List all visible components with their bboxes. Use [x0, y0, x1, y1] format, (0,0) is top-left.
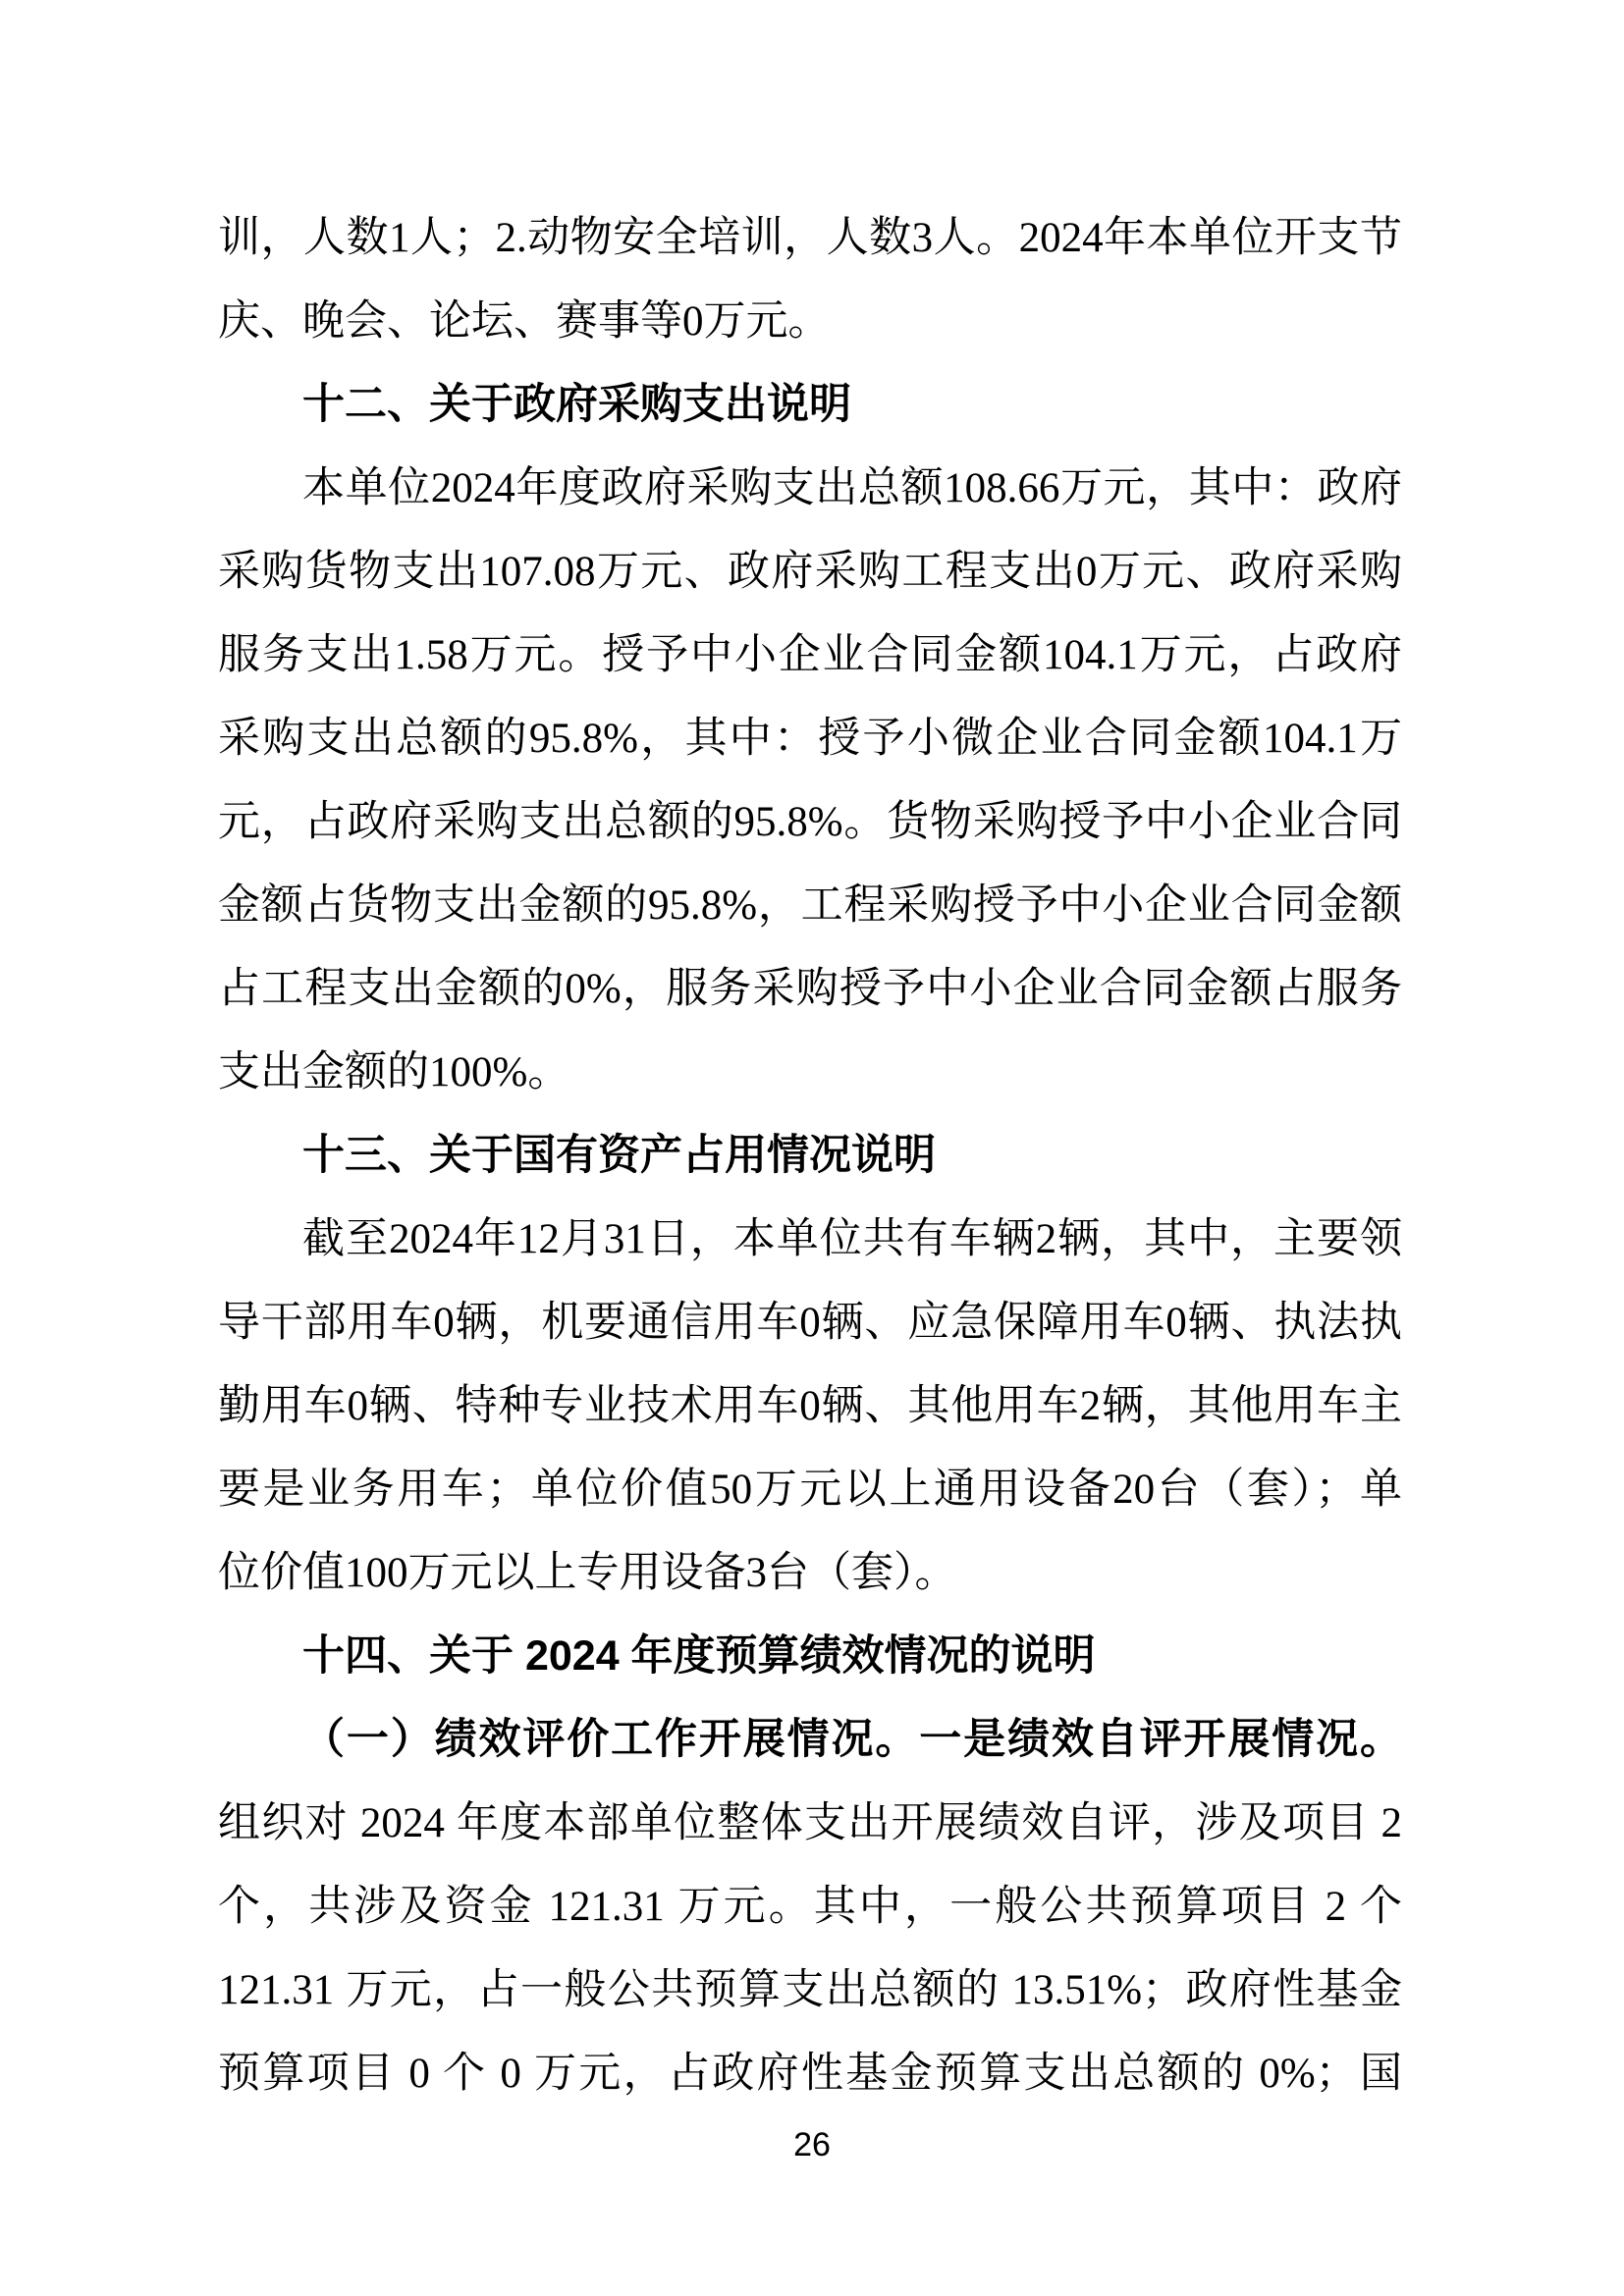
section-heading: 十二、关于政府采购支出说明 — [218, 363, 1402, 447]
body-line: 训，人数1人；2.动物安全培训，人数3人。2024年本单位开支节 — [218, 196, 1402, 280]
text-block: 训，人数1人；2.动物安全培训，人数3人。2024年本单位开支节庆、晚会、论坛、… — [218, 196, 1402, 2115]
body-line: 组织对 2024 年度本部单位整体支出开展绩效自评，涉及项目 2 — [218, 1782, 1402, 1865]
body-line: 本单位2024年度政府采购支出总额108.66万元，其中：政府 — [218, 447, 1402, 530]
body-line: 元，占政府采购支出总额的95.8%。货物采购授予中小企业合同 — [218, 780, 1402, 864]
body-line: 支出金额的100%。 — [218, 1031, 1402, 1114]
body-line: 采购支出总额的95.8%，其中：授予小微企业合同金额104.1万 — [218, 697, 1402, 780]
document-page: 训，人数1人；2.动物安全培训，人数3人。2024年本单位开支节庆、晚会、论坛、… — [0, 0, 1624, 2296]
body-line: 要是业务用车；单位价值50万元以上通用设备20台（套）；单 — [218, 1448, 1402, 1531]
page-number: 26 — [0, 2123, 1624, 2167]
section-heading: 十四、关于 2024 年度预算绩效情况的说明 — [218, 1615, 1402, 1698]
body-line: 预算项目 0 个 0 万元，占政府性基金预算支出总额的 0%；国 — [218, 2032, 1402, 2115]
body-line: 勤用车0辆、特种专业技术用车0辆、其他用车2辆，其他用车主 — [218, 1364, 1402, 1448]
emphasis-line: （一）绩效评价工作开展情况。一是绩效自评开展情况。 — [218, 1698, 1402, 1782]
body-line: 庆、晚会、论坛、赛事等0万元。 — [218, 280, 1402, 363]
body-line: 金额占货物支出金额的95.8%，工程采购授予中小企业合同金额 — [218, 864, 1402, 947]
body-line: 服务支出1.58万元。授予中小企业合同金额104.1万元，占政府 — [218, 614, 1402, 697]
body-line: 位价值100万元以上专用设备3台（套）。 — [218, 1531, 1402, 1615]
body-line: 截至2024年12月31日，本单位共有车辆2辆，其中，主要领 — [218, 1198, 1402, 1281]
section-heading: 十三、关于国有资产占用情况说明 — [218, 1114, 1402, 1198]
body-line: 占工程支出金额的0%，服务采购授予中小企业合同金额占服务 — [218, 947, 1402, 1031]
body-line: 采购货物支出107.08万元、政府采购工程支出0万元、政府采购 — [218, 530, 1402, 614]
body-line: 导干部用车0辆，机要通信用车0辆、应急保障用车0辆、执法执 — [218, 1281, 1402, 1364]
body-line: 个，共涉及资金 121.31 万元。其中，一般公共预算项目 2 个 — [218, 1865, 1402, 1949]
body-line: 121.31 万元，占一般公共预算支出总额的 13.51%；政府性基金 — [218, 1949, 1402, 2032]
